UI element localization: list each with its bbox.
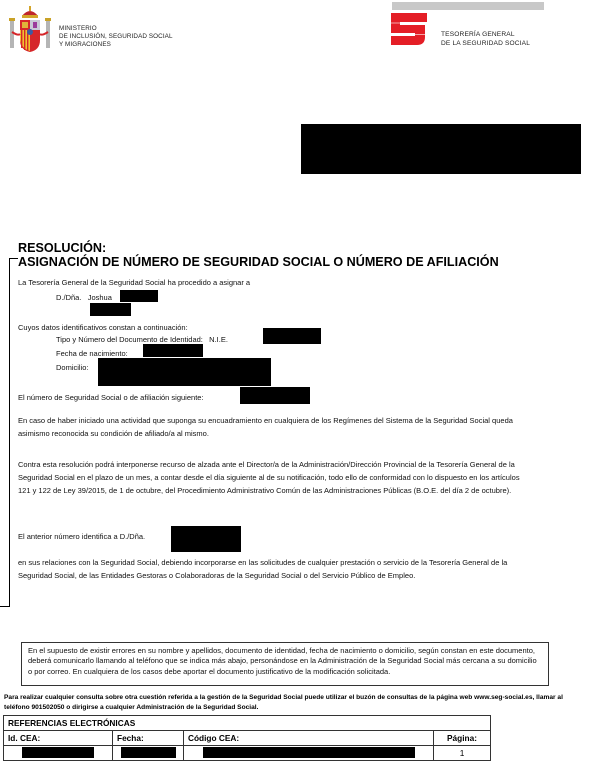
codigo-cea-cell xyxy=(184,746,434,761)
id-cea-cell xyxy=(4,746,113,761)
left-bracket-end xyxy=(0,606,10,607)
id-document-type: N.I.E. xyxy=(209,335,228,344)
redacted-id-cea xyxy=(22,747,94,758)
address-label: Domicilio: xyxy=(56,361,89,374)
paragraph-usage: en sus relaciones con la Seguridad Socia… xyxy=(18,556,523,582)
redacted-birth-date xyxy=(143,344,203,357)
paragraph-appeal: Contra esta resolución podrá interponers… xyxy=(18,458,523,498)
fecha-cell xyxy=(113,746,184,761)
column-codigo-cea: Código CEA: xyxy=(184,731,434,746)
column-fecha: Fecha: xyxy=(113,731,184,746)
contact-info: Para realizar cualquier consulta sobre o… xyxy=(4,693,564,713)
left-bracket xyxy=(9,258,18,607)
column-id-cea: Id. CEA: xyxy=(4,731,113,746)
ministry-name: MINISTERIO DE INCLUSIÓN, SEGURIDAD SOCIA… xyxy=(59,25,173,49)
redacted-codigo-cea xyxy=(203,747,415,758)
electronic-references-table: REFERENCIAS ELECTRÓNICAS Id. CEA: Fecha:… xyxy=(3,715,491,761)
identifies-label: El anterior número identifica a D./Dña. xyxy=(18,530,523,543)
redacted-surname-2 xyxy=(90,303,131,316)
paragraph-affiliation: En caso de haber iniciado una actividad … xyxy=(18,414,523,440)
coat-of-arms-icon xyxy=(8,6,52,54)
name-label: D./Dña. xyxy=(56,293,81,302)
name-value: Joshua xyxy=(88,293,112,302)
redacted-fecha xyxy=(121,747,176,758)
resolution-title: RESOLUCIÓN: ASIGNACIÓN DE NÚMERO DE SEGU… xyxy=(18,241,499,269)
redacted-id-number xyxy=(263,328,321,344)
header-gray-bar xyxy=(392,2,544,10)
redacted-recipient-address xyxy=(301,124,581,174)
redacted-identified-name xyxy=(171,526,241,552)
redacted-address xyxy=(98,358,271,386)
redacted-ssn xyxy=(240,387,310,404)
page-number: 1 xyxy=(434,746,491,761)
agency-name: TESORERÍA GENERAL DE LA SEGURIDAD SOCIAL xyxy=(441,31,530,48)
column-pagina: Página: xyxy=(434,731,491,746)
tgss-logo-icon xyxy=(391,13,427,45)
redacted-surname xyxy=(120,290,158,302)
references-title: REFERENCIAS ELECTRÓNICAS xyxy=(4,716,491,731)
id-document-label: Tipo y Número del Documento de Identidad… xyxy=(56,335,203,344)
intro-text: La Tesorería General de la Seguridad Soc… xyxy=(18,276,523,289)
error-notice-box: En el supuesto de existir errores en su … xyxy=(21,642,549,686)
